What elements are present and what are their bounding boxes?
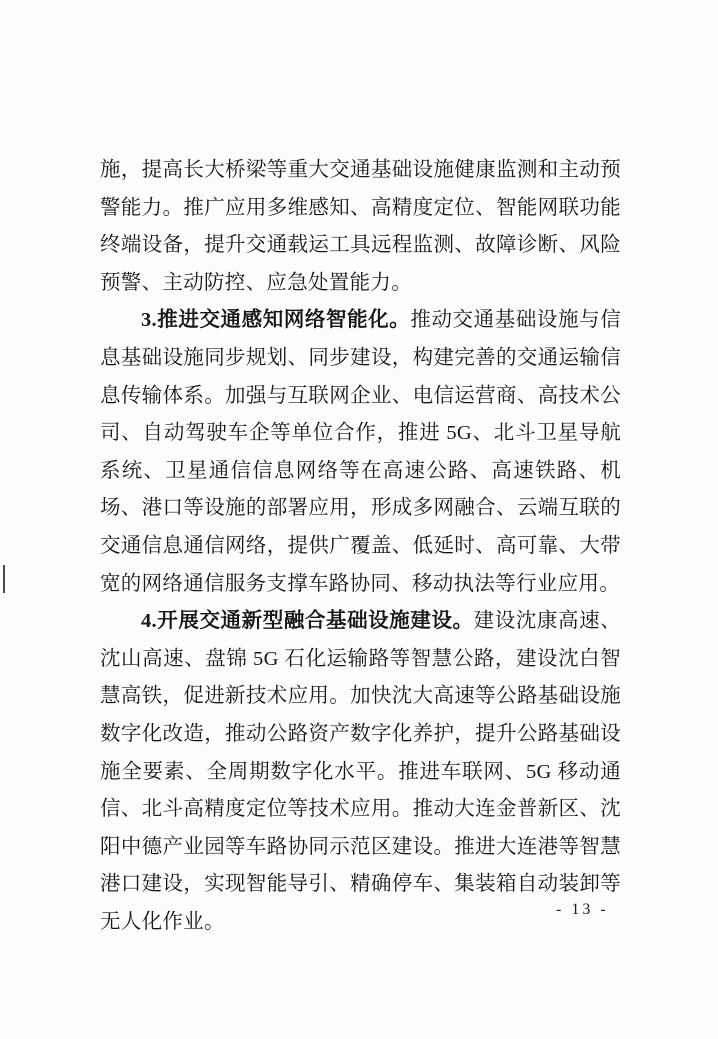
paragraph-body: 施，提高长大桥梁等重大交通基础设施健康监测和主动预警能力。推广应用多维感知、高精… xyxy=(100,159,621,294)
paragraph-item-3: 3.推进交通感知网络智能化。推动交通基础设施与信息基础设施同步规划、同步建设，构… xyxy=(100,302,621,603)
paragraph-body: 推动交通基础设施与信息基础设施同步规划、同步建设，构建完善的交通运输信息传输体系… xyxy=(100,309,621,594)
document-page: 施，提高长大桥梁等重大交通基础设施健康监测和主动预警能力。推广应用多维感知、高精… xyxy=(0,0,718,1039)
paragraph-heading: 3.推进交通感知网络智能化。 xyxy=(141,309,410,331)
paragraph-item-4: 4.开展交通新型融合基础设施建设。建设沈康高速、沈山高速、盘锦 5G 石化运输路… xyxy=(100,603,621,941)
scan-artifact-mark xyxy=(3,565,5,593)
paragraph-body: 建设沈康高速、沈山高速、盘锦 5G 石化运输路等智慧公路，建设沈白智慧高铁，促进… xyxy=(100,610,621,933)
paragraph-heading: 4.开展交通新型融合基础设施建设。 xyxy=(141,610,474,632)
page-body-text: 施，提高长大桥梁等重大交通基础设施健康监测和主动预警能力。推广应用多维感知、高精… xyxy=(100,152,621,941)
paragraph-continuation: 施，提高长大桥梁等重大交通基础设施健康监测和主动预警能力。推广应用多维感知、高精… xyxy=(100,152,621,302)
page-number: - 13 - xyxy=(556,901,609,919)
